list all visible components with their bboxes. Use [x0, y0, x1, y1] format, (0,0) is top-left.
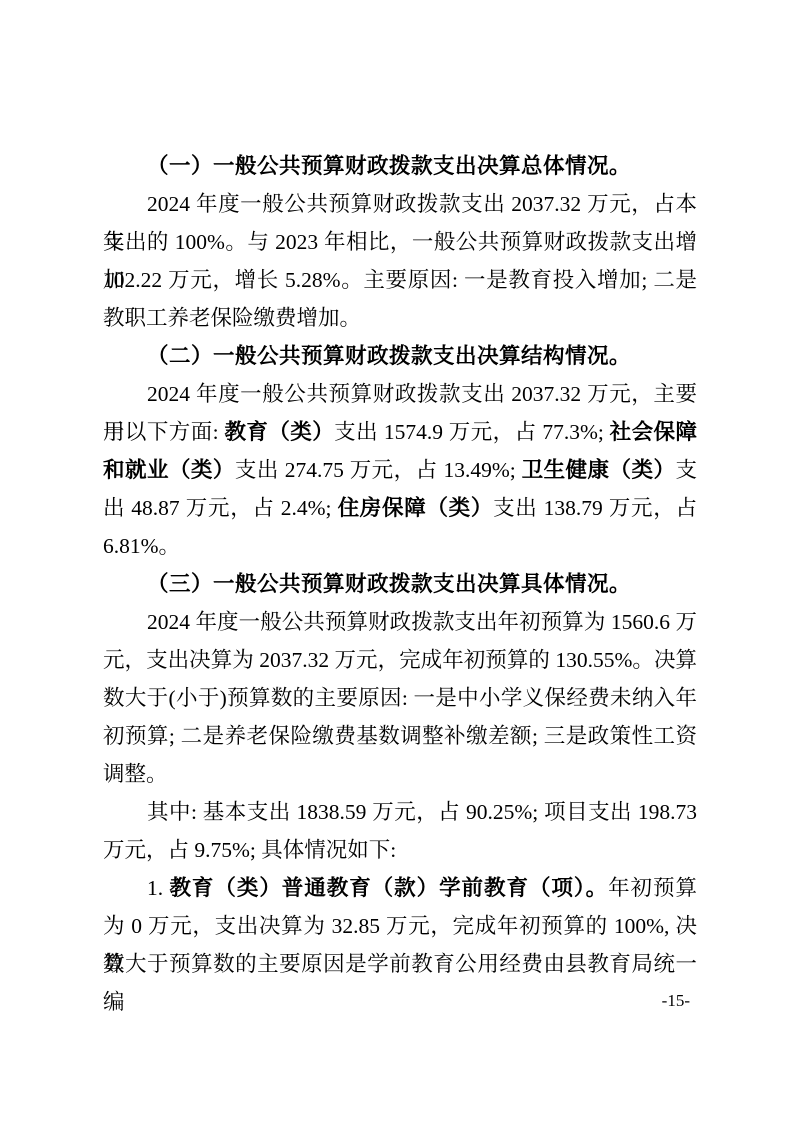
text-run: 支出 1574.9 万元，占 77.3%; [334, 420, 610, 444]
bold-term-preschool-education: 教育（类）普通教育（款）学前教育（项）。 [169, 876, 608, 900]
text-run: 6.81%。 [103, 534, 180, 558]
text-line: 支出的 100%。与 2023 年相比，一般公共预算财政拨款支出增加 [103, 223, 697, 261]
section-2-heading: （二）一般公共预算财政拨款支出决算结构情况。 [103, 337, 697, 375]
text-run: 102.22 万元，增长 5.28%。主要原因: 一是教育投入增加; 二是 [103, 268, 697, 292]
text-line: 2024 年度一般公共预算财政拨款支出 2037.32 万元，占本年 [103, 185, 697, 223]
text-run: 其中: 基本支出 1838.59 万元，占 90.25%; 项目支出 198.7… [147, 800, 697, 824]
text-line: 调整。 [103, 755, 697, 793]
text-run: 2024 年度一般公共预算财政拨款支出年初预算为 1560.6 万 [147, 610, 697, 634]
document-body: （一）一般公共预算财政拨款支出决算总体情况。 2024 年度一般公共预算财政拨款… [103, 147, 697, 983]
section-1-heading: （一）一般公共预算财政拨款支出决算总体情况。 [103, 147, 697, 185]
text-run: 年初预算 [608, 876, 697, 900]
text-line: 初预算; 二是养老保险缴费基数调整补缴差额; 三是政策性工资 [103, 717, 697, 755]
item-number: 1. [147, 876, 169, 900]
text-line: 和就业（类）支出 274.75 万元，占 13.49%; 卫生健康（类）支 [103, 451, 697, 489]
text-line: 数大于预算数的主要原因是学前教育公用经费由县教育局统一编 [103, 945, 697, 983]
text-run: 出 48.87 万元，占 2.4%; [103, 496, 338, 520]
text-line: 出 48.87 万元，占 2.4%; 住房保障（类）支出 138.79 万元，占 [103, 489, 697, 527]
text-line: 教职工养老保险缴费增加。 [103, 299, 697, 337]
text-line: 1. 教育（类）普通教育（款）学前教育（项）。年初预算 [103, 869, 697, 907]
section-3-heading: （三）一般公共预算财政拨款支出决算具体情况。 [103, 565, 697, 603]
text-line: 万元，占 9.75%; 具体情况如下: [103, 831, 697, 869]
page-number: -15- [662, 991, 690, 1011]
text-line: 于以下方面: 教育（类）支出 1574.9 万元，占 77.3%; 社会保障 [103, 413, 697, 451]
text-line: 2024 年度一般公共预算财政拨款支出 2037.32 万元，主要用 [103, 375, 697, 413]
text-run: 支出 274.75 万元，占 13.49%; [235, 458, 522, 482]
text-run: 教职工养老保险缴费增加。 [103, 306, 361, 330]
text-line: 元，支出决算为 2037.32 万元，完成年初预算的 130.55%。决算 [103, 641, 697, 679]
text-run: 初预算; 二是养老保险缴费基数调整补缴差额; 三是政策性工资 [103, 724, 697, 748]
bold-term-housing: 住房保障（类） [338, 496, 494, 520]
text-run: 支 [675, 458, 697, 482]
text-run: 元，支出决算为 2037.32 万元，完成年初预算的 130.55%。决算 [103, 648, 697, 672]
text-run: 于以下方面: [103, 420, 224, 444]
document-page: （一）一般公共预算财政拨款支出决算总体情况。 2024 年度一般公共预算财政拨款… [0, 0, 793, 1122]
text-run: 数大于预算数的主要原因是学前教育公用经费由县教育局统一编 [103, 952, 697, 1014]
bold-term-health: 卫生健康（类） [522, 458, 676, 482]
bold-term-social-security: 和就业（类） [103, 458, 235, 482]
text-run: 调整。 [103, 762, 168, 786]
text-run: 万元，占 9.75%; 具体情况如下: [103, 838, 396, 862]
bold-term-education: 教育（类） [224, 420, 334, 444]
text-line: 为 0 万元，支出决算为 32.85 万元，完成年初预算的 100%, 决算 [103, 907, 697, 945]
text-run: 数大于(小于)预算数的主要原因: 一是中小学义保经费未纳入年 [103, 686, 697, 710]
text-line: 102.22 万元，增长 5.28%。主要原因: 一是教育投入增加; 二是 [103, 261, 697, 299]
text-line: 其中: 基本支出 1838.59 万元，占 90.25%; 项目支出 198.7… [103, 793, 697, 831]
text-line: 6.81%。 [103, 527, 697, 565]
text-line: 数大于(小于)预算数的主要原因: 一是中小学义保经费未纳入年 [103, 679, 697, 717]
bold-term-social-security: 社会保障 [610, 420, 697, 444]
text-run: 支出 138.79 万元，占 [493, 496, 697, 520]
text-line: 2024 年度一般公共预算财政拨款支出年初预算为 1560.6 万 [103, 603, 697, 641]
